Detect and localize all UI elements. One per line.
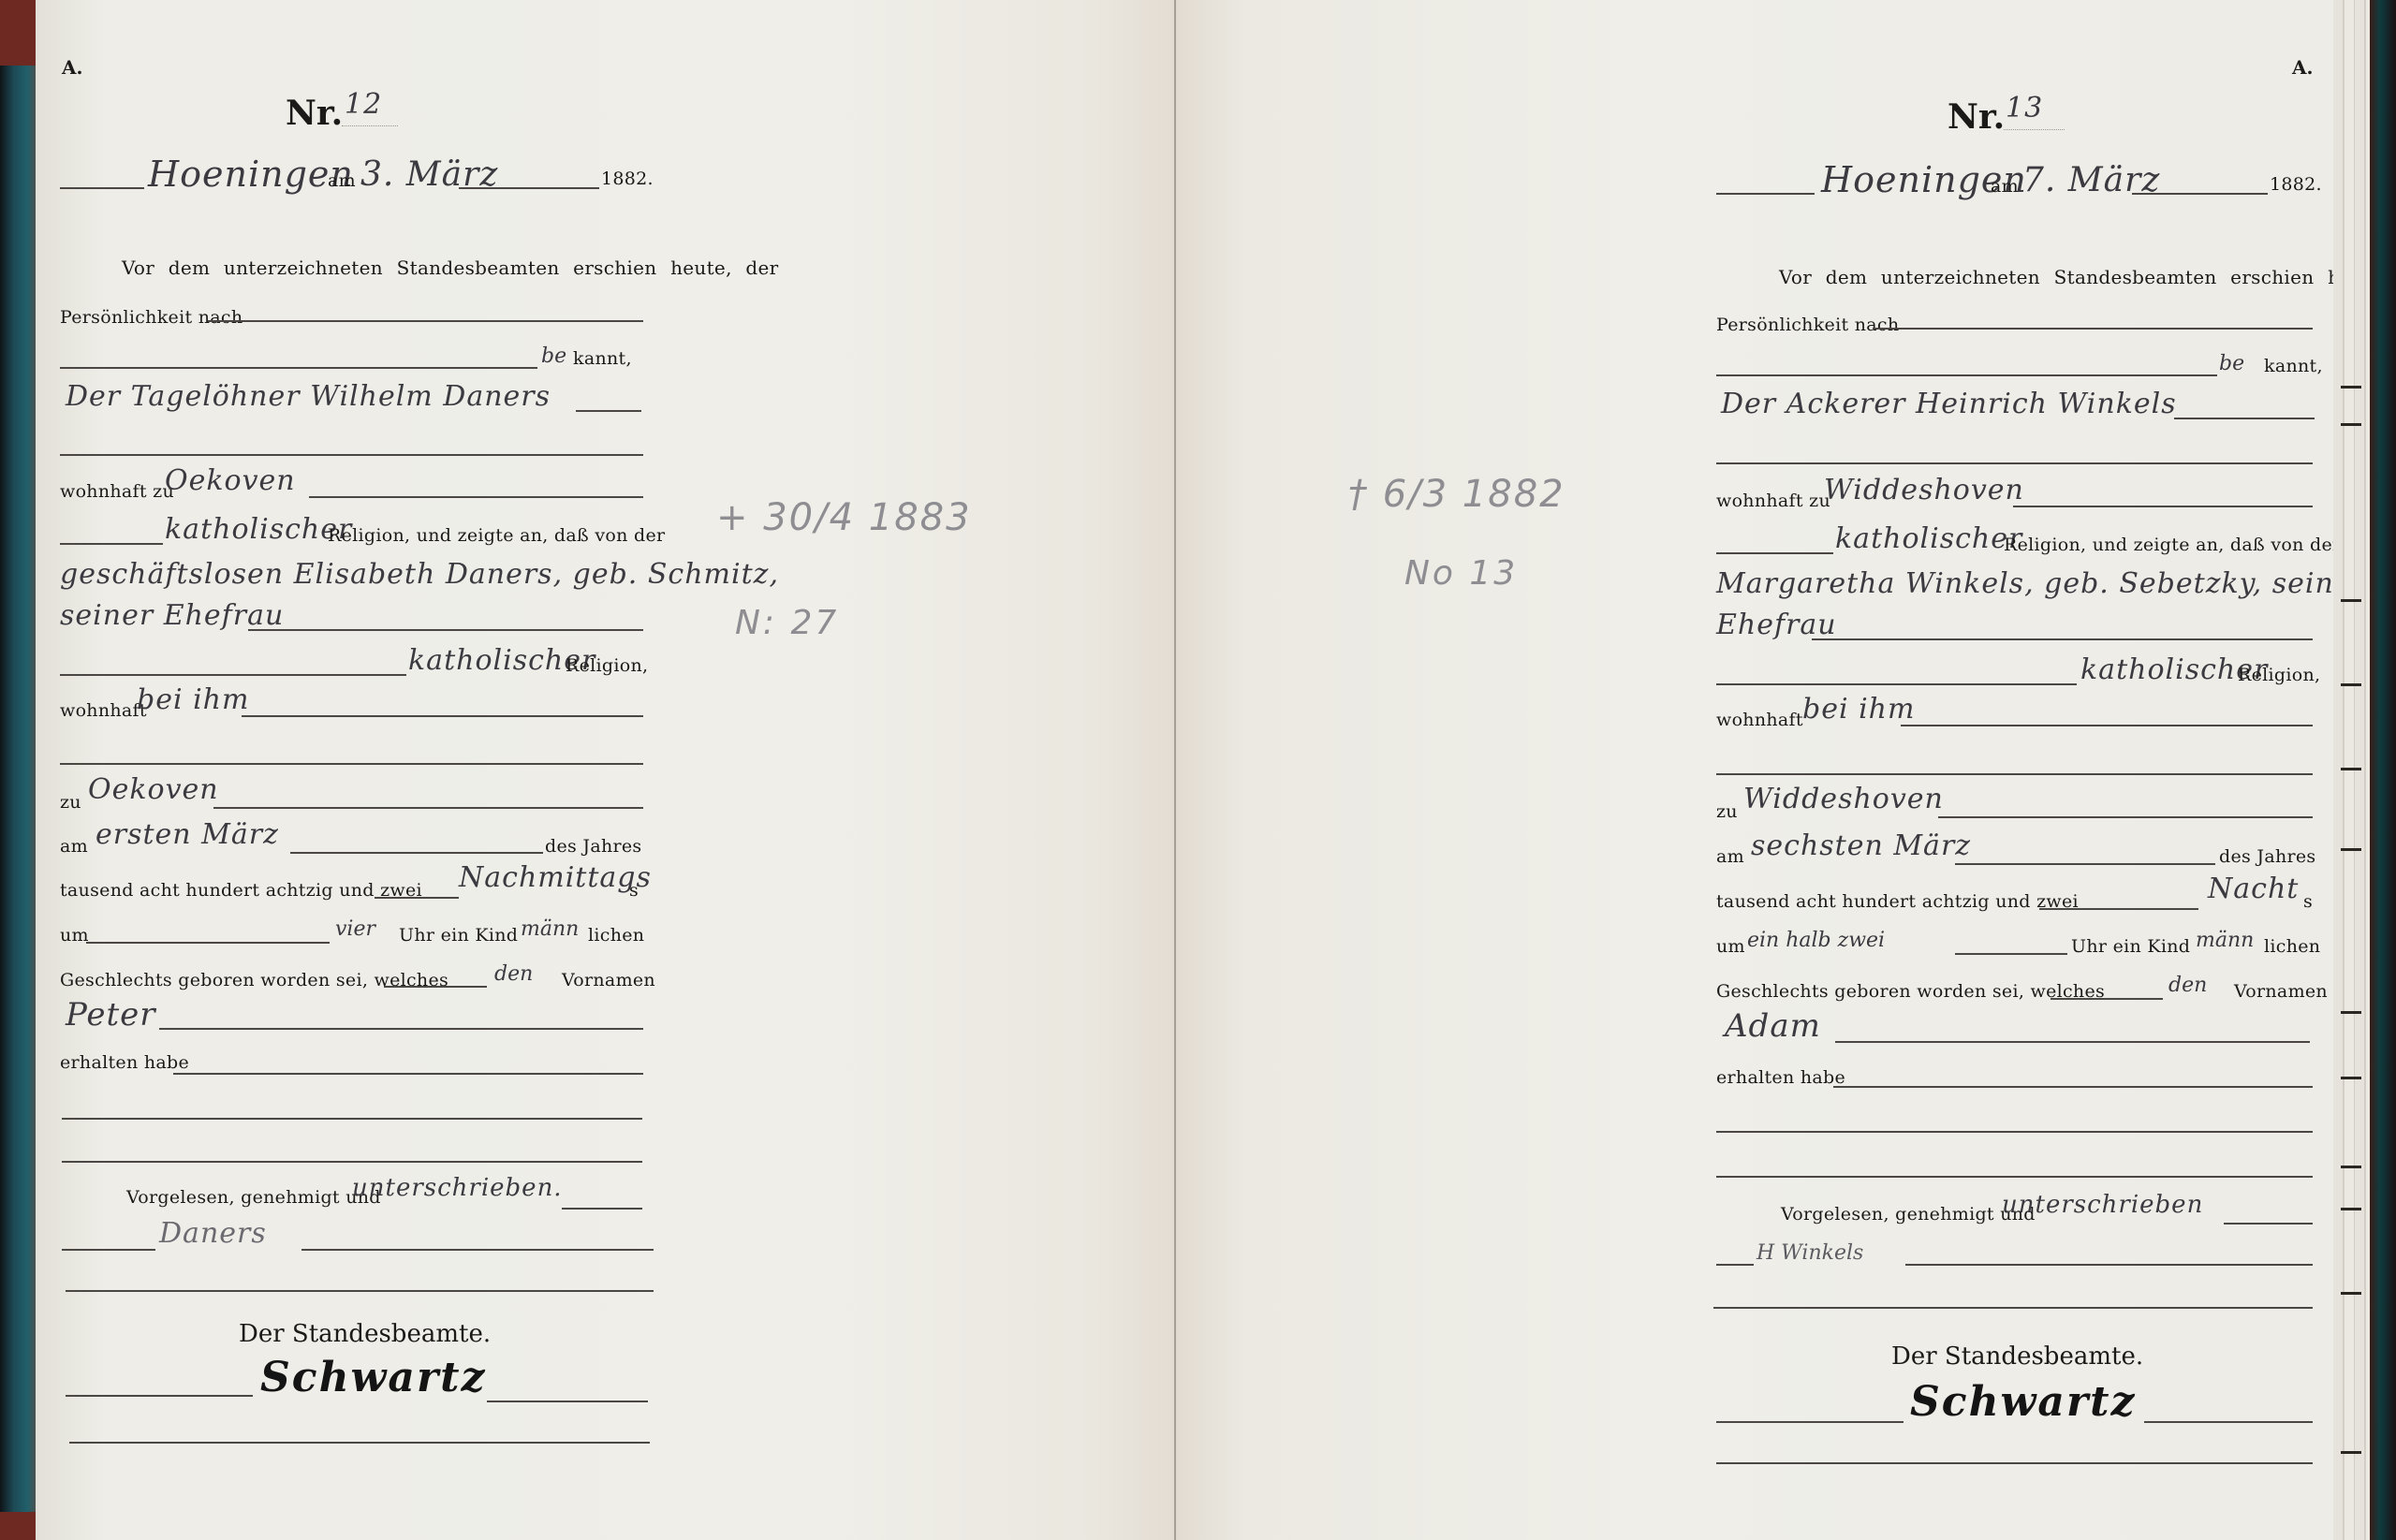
informant-residence: Oekoven xyxy=(165,464,296,497)
rule xyxy=(69,1442,650,1444)
rule xyxy=(60,763,643,765)
erhalten-label: erhalten habe xyxy=(1716,1067,1845,1088)
bekannt-hand: be xyxy=(541,345,566,368)
rule xyxy=(1716,1421,1904,1423)
rule xyxy=(62,1161,642,1163)
edge-tick xyxy=(2341,1292,2361,1295)
des-jahres-label: des Jahres xyxy=(2219,846,2315,867)
record-number: 12 xyxy=(345,88,382,121)
uhr-kind-label: Uhr ein Kind xyxy=(399,925,518,946)
rule xyxy=(2013,506,2313,507)
rule xyxy=(1812,638,2313,640)
official-signature: Schwartz xyxy=(260,1354,486,1401)
year-words: tausend acht hundert achtzig und zwei xyxy=(60,880,422,901)
zu-label: zu xyxy=(60,792,81,813)
edge-tick xyxy=(2341,1451,2361,1454)
rule xyxy=(576,410,641,412)
informant-residence: Widdeshoven xyxy=(1824,474,2024,506)
um-label: um xyxy=(1716,936,1745,957)
mother-residence: bei ihm xyxy=(1802,693,1915,726)
registration-year: 1882. xyxy=(2270,174,2322,195)
intro-text: Vor dem unterzeichneten Standesbeamten e… xyxy=(1779,266,2396,288)
rule xyxy=(384,986,487,988)
rule xyxy=(2039,908,2198,910)
rule xyxy=(1716,193,1815,195)
rule xyxy=(60,187,144,189)
left-page xyxy=(36,0,1176,1540)
official-title: Der Standesbeamte. xyxy=(239,1320,491,1348)
am-label: am xyxy=(328,170,356,191)
religion-label: Religion, xyxy=(2238,665,2320,685)
den-hand: den xyxy=(494,962,533,986)
rule xyxy=(2224,1223,2313,1225)
rule xyxy=(248,629,643,631)
birth-place: Widdeshoven xyxy=(1743,783,1944,815)
edge-tick xyxy=(2341,1011,2361,1014)
edge-tick xyxy=(2341,848,2361,851)
margin-note-death: † 6/3 1882 xyxy=(1348,473,1565,516)
rule xyxy=(62,1118,642,1120)
number-rule xyxy=(2004,129,2065,130)
rule xyxy=(242,715,643,717)
binding-corner-top xyxy=(0,0,39,66)
rule xyxy=(1833,1086,2313,1088)
margin-note-reference: No 13 xyxy=(1404,554,1518,593)
child-sex: männ xyxy=(521,917,579,941)
lichen-label: lichen xyxy=(2264,936,2320,957)
rule xyxy=(173,1073,643,1075)
official-title: Der Standesbeamte. xyxy=(1891,1342,2143,1371)
rule xyxy=(86,942,330,944)
uhr-kind-label: Uhr ein Kind xyxy=(2071,936,2190,957)
religion-informant: katholischer xyxy=(1835,522,2022,555)
year-words: tausend acht hundert achtzig und zwei xyxy=(1716,891,2079,912)
birth-hour: ein halb zwei xyxy=(1747,929,1885,952)
rule xyxy=(1716,374,2217,376)
rule xyxy=(1716,1264,1754,1266)
mother-residence: bei ihm xyxy=(137,683,249,716)
section-letter: A. xyxy=(2292,56,2313,79)
birth-hour: vier xyxy=(335,917,375,941)
informant: Der Tagelöhner Wilhelm Daners xyxy=(66,380,551,413)
edge-tick xyxy=(2341,423,2361,426)
religion-text: Religion, und zeigte an, daß von der xyxy=(328,525,665,546)
rule xyxy=(1716,552,1833,554)
rule xyxy=(1716,773,2313,775)
rule xyxy=(66,1395,253,1397)
wohnhaft-zu-label: wohnhaft zu xyxy=(1716,491,1830,511)
vorgelesen-text: Vorgelesen, genehmigt und xyxy=(1781,1204,2036,1225)
informant-signature: Daners xyxy=(159,1217,267,1250)
rule xyxy=(159,1028,643,1030)
unterschrieben-hand: unterschrieben. xyxy=(352,1174,563,1202)
time-of-day: Nachmittags xyxy=(459,861,652,894)
right-page xyxy=(1176,0,2333,1540)
mother-name: geschäftslosen Elisabeth Daners, geb. Sc… xyxy=(60,558,779,591)
rule xyxy=(1716,1462,2313,1464)
intro-text: Vor dem unterzeichneten Standesbeamten e… xyxy=(122,257,778,279)
rule xyxy=(208,320,643,322)
wohnhaft-label: wohnhaft xyxy=(1716,710,1803,730)
rule xyxy=(1835,1041,2310,1043)
record-number: 13 xyxy=(2006,92,2043,125)
am-label: am xyxy=(1716,846,1744,867)
rule xyxy=(1716,1176,2313,1178)
birth-day: ersten März xyxy=(96,818,279,851)
vornamen-label: Vornamen xyxy=(2234,981,2328,1002)
rule xyxy=(2132,193,2268,195)
rule xyxy=(309,496,643,498)
child-name: Adam xyxy=(1725,1007,1821,1045)
rule xyxy=(1716,683,2077,685)
rule xyxy=(1901,725,2313,726)
wohnhaft-zu-label: wohnhaft zu xyxy=(60,481,174,502)
edge-tick xyxy=(2341,768,2361,770)
book-binding-left xyxy=(0,0,39,1540)
edge-tick xyxy=(2341,599,2361,602)
religion-text: Religion, und zeigte an, daß von der xyxy=(2004,535,2341,555)
rule xyxy=(1905,1264,2313,1266)
edge-tick xyxy=(2341,386,2361,389)
rule xyxy=(301,1249,654,1251)
religion-informant: katholischer xyxy=(165,513,352,546)
um-label: um xyxy=(60,925,89,946)
zu-label: zu xyxy=(1716,801,1738,822)
lichen-label: lichen xyxy=(588,925,644,946)
rule xyxy=(60,543,163,545)
time-suffix: s xyxy=(629,880,639,901)
edge-tick xyxy=(2341,1166,2361,1168)
persoenlichkeit-label: Persönlichkeit nach xyxy=(1716,315,1899,335)
rule xyxy=(2051,998,2163,1000)
rule xyxy=(290,852,543,854)
rule xyxy=(562,1208,642,1210)
informant-signature: H Winkels xyxy=(1757,1241,1863,1265)
binding-corner-bottom xyxy=(0,1512,39,1540)
section-letter: A. xyxy=(62,56,82,79)
time-of-day: Nacht xyxy=(2208,873,2299,905)
official-signature: Schwartz xyxy=(1910,1378,2136,1426)
religion-label: Religion, xyxy=(566,655,648,676)
margin-note-reference: N: 27 xyxy=(735,604,839,642)
mother-name: Margaretha Winkels, geb. Sebetzky, seine… xyxy=(1716,567,2366,600)
am-label: am xyxy=(1991,176,2019,197)
registration-place: Hoeningen xyxy=(148,154,354,195)
rule xyxy=(2144,1421,2313,1423)
rule xyxy=(459,187,599,189)
child-name: Peter xyxy=(66,996,156,1034)
rule xyxy=(1938,816,2313,818)
margin-note-death: + 30/4 1883 xyxy=(716,496,972,539)
number-rule xyxy=(342,125,398,126)
erhalten-label: erhalten habe xyxy=(60,1052,189,1073)
geschlechts-text: Geschlechts geboren worden sei, welches xyxy=(1716,981,2105,1002)
edge-tick xyxy=(2341,683,2361,686)
edge-tick xyxy=(2341,1208,2361,1210)
unterschrieben-hand: unterschrieben xyxy=(2002,1191,2203,1219)
book-binding-right xyxy=(2370,0,2396,1540)
birth-place: Oekoven xyxy=(88,773,219,806)
registration-year: 1882. xyxy=(601,169,654,189)
rule xyxy=(1713,1307,2313,1309)
bekannt-print: kannt, xyxy=(2264,356,2323,376)
den-hand: den xyxy=(2168,974,2207,997)
time-suffix: s xyxy=(2303,891,2313,912)
mother-relation: Ehefrau xyxy=(1716,609,1837,641)
rule xyxy=(66,1290,654,1292)
rule xyxy=(487,1401,648,1402)
vorgelesen-text: Vorgelesen, genehmigt und xyxy=(126,1187,381,1208)
rule xyxy=(60,674,406,676)
rule xyxy=(1955,863,2215,865)
bekannt-print: kannt, xyxy=(573,348,632,369)
rule xyxy=(1716,462,2313,464)
child-sex: männ xyxy=(2196,929,2254,952)
bekannt-hand: be xyxy=(2219,352,2244,375)
rule xyxy=(60,454,643,456)
birth-day: sechsten März xyxy=(1751,829,1971,862)
informant: Der Ackerer Heinrich Winkels xyxy=(1721,388,2177,420)
edge-tick xyxy=(2341,1077,2361,1079)
rule xyxy=(2174,418,2315,419)
rule xyxy=(213,807,643,809)
rule xyxy=(1716,1131,2313,1133)
persoenlichkeit-label: Persönlichkeit nach xyxy=(60,307,243,328)
rule xyxy=(375,897,459,899)
rule xyxy=(1955,953,2067,955)
des-jahres-label: des Jahres xyxy=(545,836,641,857)
vornamen-label: Vornamen xyxy=(562,970,655,990)
record-number-label: Nr. xyxy=(286,94,343,133)
am-label: am xyxy=(60,836,88,857)
wohnhaft-label: wohnhaft xyxy=(60,700,147,721)
record-number-label: Nr. xyxy=(1948,97,2005,137)
rule xyxy=(62,1249,155,1251)
mother-relation: seiner Ehefrau xyxy=(60,599,284,632)
rule xyxy=(1873,328,2313,330)
rule xyxy=(60,367,537,369)
